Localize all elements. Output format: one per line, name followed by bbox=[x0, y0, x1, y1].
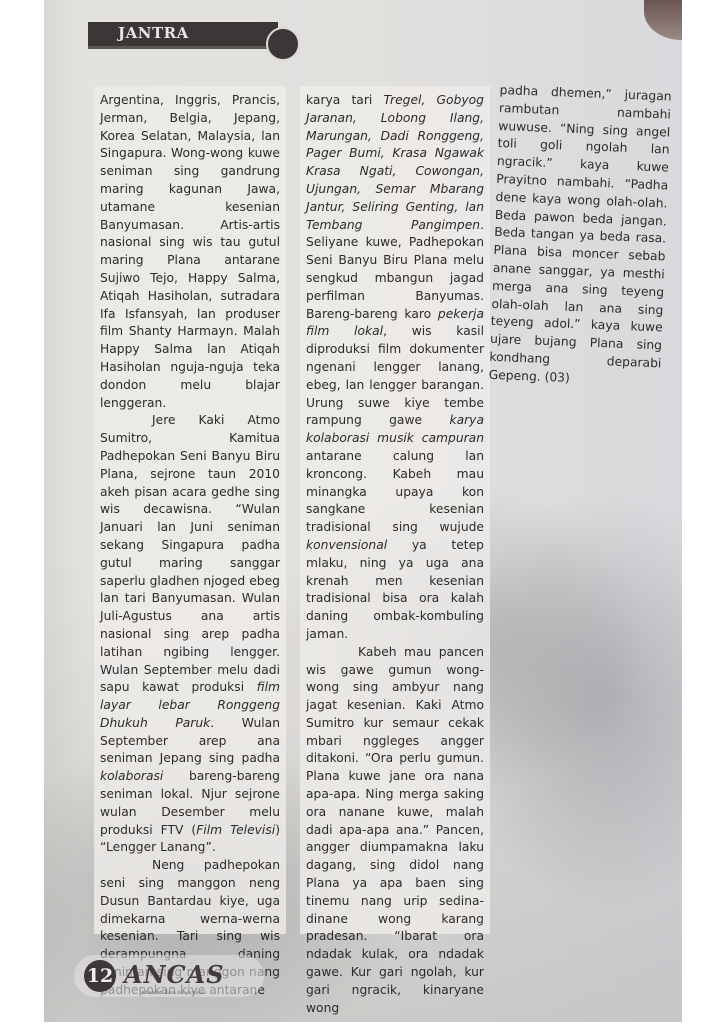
header-circle-ornament bbox=[266, 27, 300, 61]
italic-text: Tregel, Gobyog Jaranan, Lobong Ilang, Ma… bbox=[306, 93, 484, 232]
article-column-1: Argentina, Inggris, Prancis, Jerman, Bel… bbox=[100, 92, 280, 1000]
article-paragraph: karya tari Tregel, Gobyog Jaranan, Lobon… bbox=[306, 92, 484, 644]
body-text: Jere Kaki Atmo Sumitro, Kamitua Padhepok… bbox=[100, 413, 280, 694]
body-text: Kabeh mau pancen wis gawe gumun wong-won… bbox=[306, 645, 484, 1015]
body-text: . Seliyane kuwe, Padhepokan Seni Banyu B… bbox=[306, 218, 484, 321]
italic-text: Film Televisi bbox=[196, 823, 275, 837]
body-text: karya tari bbox=[306, 93, 383, 107]
magazine-name: ANCAS bbox=[124, 960, 225, 989]
article-paragraph: padha dhemen,” juragan rambutan nambahi … bbox=[488, 82, 671, 391]
article-paragraph: Argentina, Inggris, Prancis, Jerman, Bel… bbox=[100, 92, 280, 412]
italic-text: konvensional bbox=[306, 538, 387, 552]
section-title: JANTRA bbox=[118, 24, 189, 44]
magazine-tagline: Kalawarti Basa Banyumasan bbox=[142, 990, 206, 995]
italic-text: kolaborasi bbox=[100, 769, 163, 783]
body-text: antarane calung lan kroncong. Kabeh mau … bbox=[306, 449, 484, 534]
body-text: Argentina, Inggris, Prancis, Jerman, Bel… bbox=[100, 93, 280, 410]
article-column-3: padha dhemen,” juragan rambutan nambahi … bbox=[488, 82, 671, 391]
body-text: padha dhemen,” juragan rambutan nambahi … bbox=[488, 83, 671, 385]
article-column-2: karya tari Tregel, Gobyog Jaranan, Lobon… bbox=[306, 92, 484, 1017]
magazine-page: JANTRA Argentina, Inggris, Prancis, Jerm… bbox=[44, 0, 682, 1022]
body-text: ya tetep mlaku, ning ya uga ana krenah m… bbox=[306, 538, 484, 641]
page-number: 12 bbox=[84, 960, 116, 992]
article-paragraph: Kabeh mau pancen wis gawe gumun wong-won… bbox=[306, 644, 484, 1018]
body-text: , wis kasil diproduksi film dokumenter n… bbox=[306, 324, 484, 427]
article-paragraph: Jere Kaki Atmo Sumitro, Kamitua Padhepok… bbox=[100, 412, 280, 857]
